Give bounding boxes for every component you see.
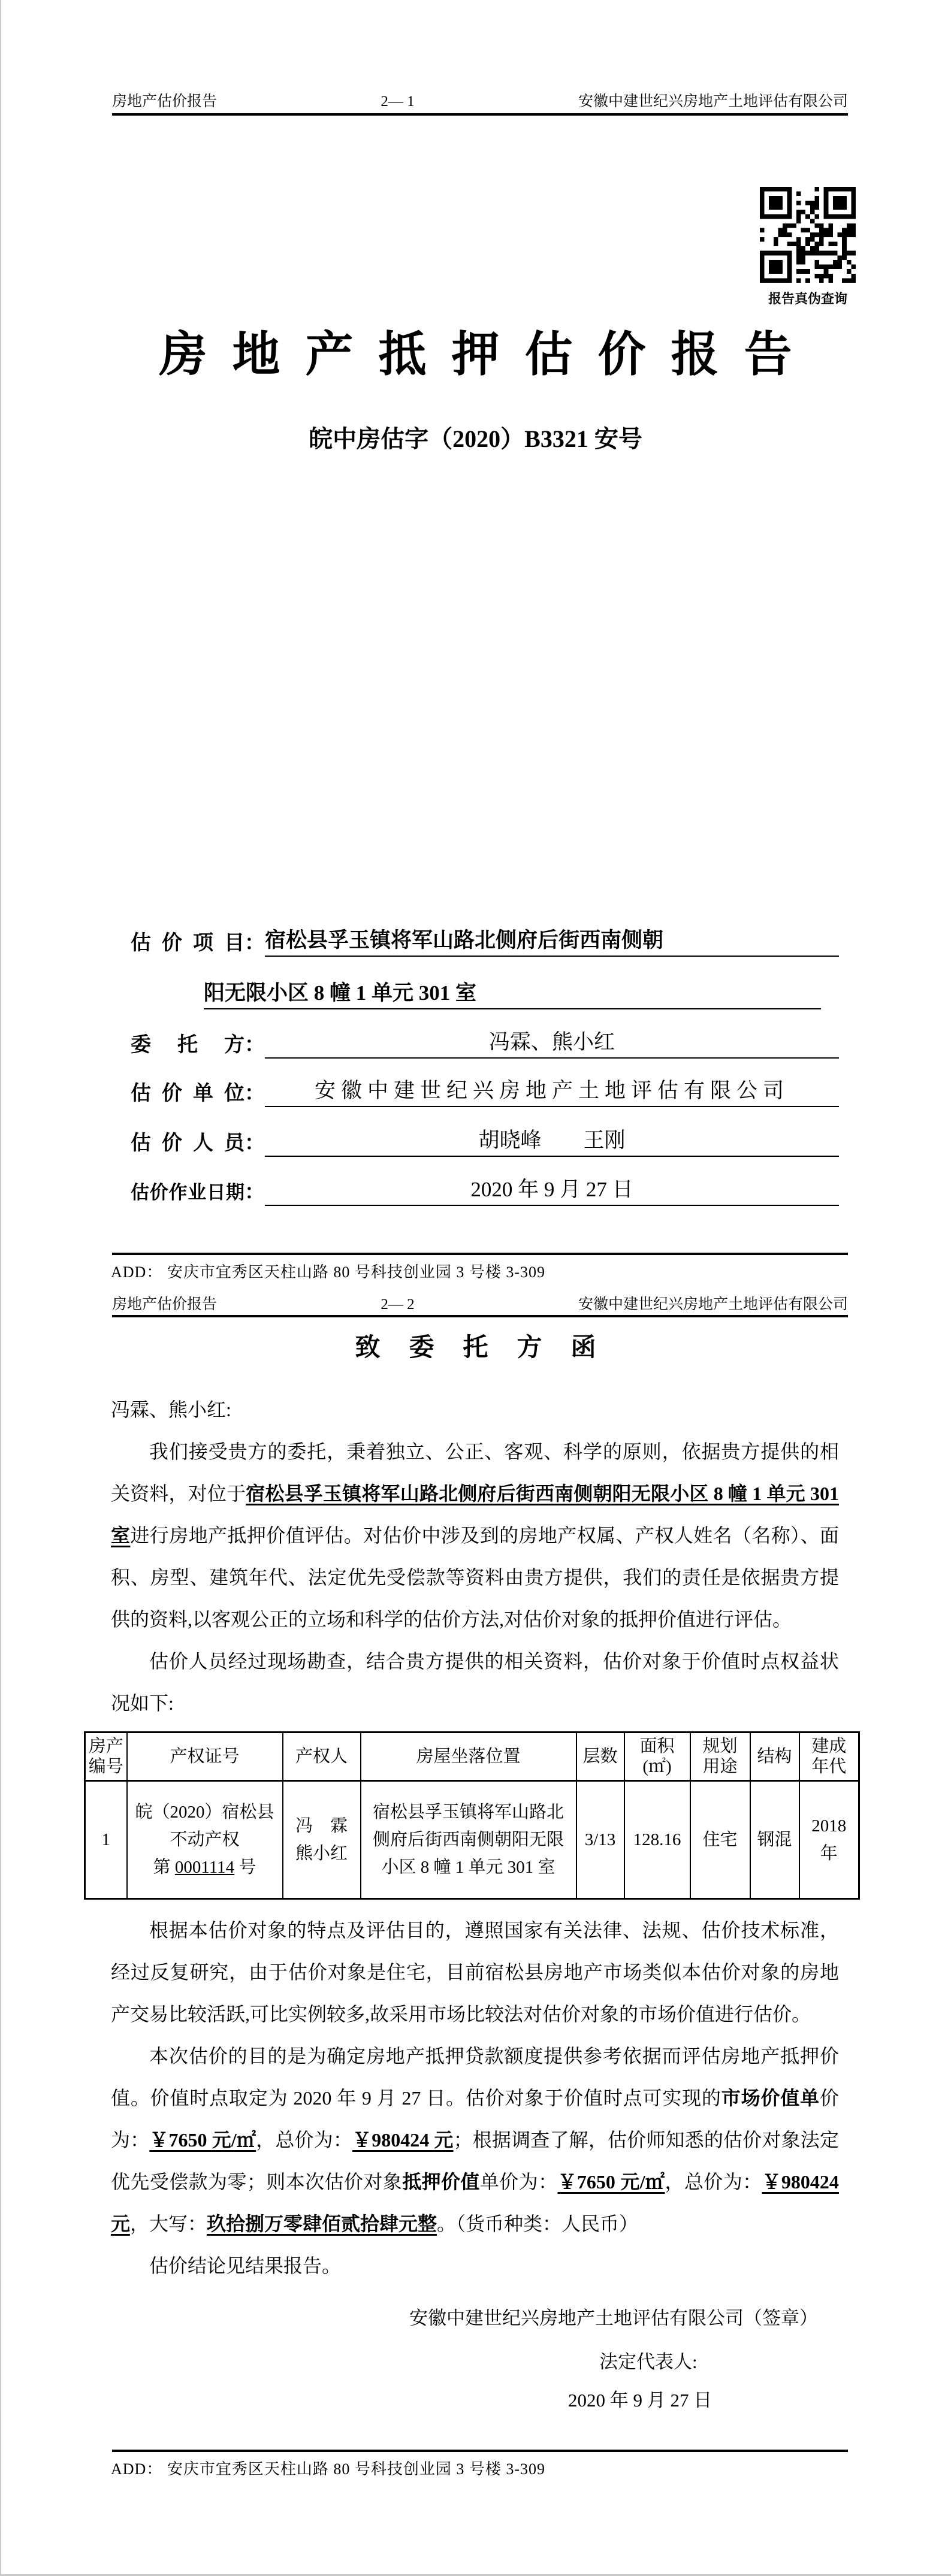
field-row-appraisers: 估价人员： 胡晓峰 王刚: [131, 1129, 839, 1157]
col-header-planned-use: 规划用途: [690, 1733, 750, 1781]
cell-planned-use: 住宅: [690, 1781, 750, 1899]
field-value-appraisal-firm: 安徽中建世纪兴房地产土地评估有限公司: [265, 1079, 839, 1107]
col-header-certificate-no: 产权证号: [127, 1733, 283, 1781]
page-left-edge: [0, 0, 1, 2576]
letter-body: 冯霖、熊小红: 我们接受贵方的委托，秉着独立、公正、客观、科学的原则，依据贵方提…: [84, 1389, 858, 2287]
field-colon: ：: [244, 930, 265, 957]
field-colon: ：: [244, 1180, 265, 1206]
letter-paragraph-3: 根据本估价对象的特点及评估目的，遵照国家有关法律、法规、估价技术标准，经过反复研…: [84, 1909, 858, 2035]
page2-footer-rule: [112, 2450, 848, 2452]
qr-code: [760, 187, 856, 283]
cell-floor: 3/13: [576, 1781, 624, 1899]
report-document: { "page1": { "header": { "left": "房地产估价报…: [0, 0, 951, 2576]
page1-header-page-number: 2— 1: [381, 93, 414, 111]
cell-location: 宿松县孚玉镇将军山路北侧府后街西南侧朝阳无限小区 8 幢 1 单元 301 室: [361, 1781, 576, 1899]
field-label-client: 委托方: [131, 1032, 244, 1059]
col-header-property-no: 房产编号: [85, 1733, 127, 1781]
page2-header-page-number: 2— 2: [381, 1296, 414, 1314]
field-value-project-line1: 宿松县孚玉镇将军山路北侧府后街西南侧朝: [265, 929, 839, 957]
table-header-row: 房产编号 产权证号 产权人 房屋坐落位置 层数 面积(㎡) 规划用途 结构 建成…: [85, 1733, 859, 1781]
signature-company: 安徽中建世纪兴房地产土地评估有限公司（签章）: [409, 2307, 818, 2330]
field-row-appraisal-date: 估价作业日期： 2020 年 9 月 27 日: [131, 1178, 839, 1206]
property-rights-table: 房产编号 产权证号 产权人 房屋坐落位置 层数 面积(㎡) 规划用途 结构 建成…: [84, 1731, 860, 1900]
col-header-structure: 结构: [750, 1733, 799, 1781]
field-row-project: 估价项目： 宿松县孚玉镇将军山路北侧府后街西南侧朝: [131, 929, 839, 957]
signature-legal-representative: 法定代表人:: [599, 2351, 698, 2374]
page1-header-rule: [112, 113, 848, 116]
table-row: 1 皖（2020）宿松县不动产权第 0001114 号 冯 霖熊小红 宿松县孚玉…: [85, 1781, 859, 1899]
field-label-appraisal-firm: 估价单位: [131, 1081, 244, 1107]
field-row-appraisal-firm: 估价单位： 安徽中建世纪兴房地产土地评估有限公司: [131, 1079, 839, 1107]
page1-header-company: 安徽中建世纪兴房地产土地评估有限公司: [578, 93, 848, 111]
cell-structure: 钢混: [750, 1781, 799, 1899]
field-colon: ：: [244, 1032, 265, 1059]
page2-header-company: 安徽中建世纪兴房地产土地评估有限公司: [578, 1296, 848, 1314]
cell-certificate-no: 皖（2020）宿松县不动产权第 0001114 号: [127, 1781, 283, 1899]
page1-footer-rule: [112, 1253, 848, 1255]
field-value-client: 冯霖、熊小红: [265, 1030, 839, 1059]
col-header-floor: 层数: [576, 1733, 624, 1781]
page1-footer-address: ADD： 安庆市宜秀区天柱山路 80 号科技创业园 3 号楼 3-309: [111, 1263, 854, 1282]
report-title: 房地产抵押估价报告: [0, 316, 951, 385]
cell-owner: 冯 霖熊小红: [283, 1781, 361, 1899]
page2-footer-address: ADD： 安庆市宜秀区天柱山路 80 号科技创业园 3 号楼 3-309: [111, 2460, 854, 2479]
field-value-appraisal-date: 2020 年 9 月 27 日: [265, 1178, 839, 1206]
col-header-location: 房屋坐落位置: [361, 1733, 576, 1781]
field-label-appraisal-date: 估价作业日期: [131, 1180, 244, 1206]
page1-header: 房地产估价报告 2— 1 安徽中建世纪兴房地产土地评估有限公司: [112, 93, 848, 111]
letter-paragraph-5: 估价结论见结果报告。: [84, 2245, 858, 2287]
col-header-owner: 产权人: [283, 1733, 361, 1781]
col-header-year-built: 建成年代: [799, 1733, 859, 1781]
field-value-project-line2: 阳无限小区 8 幢 1 单元 301 室: [204, 981, 821, 1009]
field-label-appraisers: 估价人员: [131, 1130, 244, 1157]
signature-date: 2020 年 9 月 27 日: [568, 2389, 712, 2412]
page2-header-title: 房地产估价报告: [112, 1296, 217, 1314]
field-value-appraisers: 胡晓峰 王刚: [265, 1129, 839, 1157]
letter-paragraph-4: 本次估价的目的是为确定房地产抵押贷款额度提供参考依据而评估房地产抵押价值。价值时…: [84, 2035, 858, 2245]
page1-header-title: 房地产估价报告: [112, 93, 217, 111]
field-colon: ：: [244, 1081, 265, 1107]
letter-salutation: 冯霖、熊小红:: [84, 1389, 858, 1431]
cell-property-no: 1: [85, 1781, 127, 1899]
field-row-client: 委托方： 冯霖、熊小红: [131, 1030, 839, 1059]
letter-paragraph-1: 我们接受贵方的委托，秉着独立、公正、客观、科学的原则，依据贵方提供的相关资料，对…: [84, 1431, 858, 1640]
field-colon: ：: [244, 1130, 265, 1157]
report-doc-number: 皖中房估字（2020）B3321 安号: [0, 420, 951, 454]
page2-header: 房地产估价报告 2— 2 安徽中建世纪兴房地产土地评估有限公司: [112, 1296, 848, 1314]
cell-area: 128.16: [624, 1781, 690, 1899]
letter-paragraph-2: 估价人员经过现场勘查，结合贵方提供的相关资料，估价对象于价值时点权益状况如下:: [84, 1640, 858, 1724]
page2-header-rule: [112, 1315, 848, 1317]
col-header-area: 面积(㎡): [624, 1733, 690, 1781]
qr-code-label: 报告真伪查询: [754, 289, 862, 307]
letter-title: 致委托方函: [0, 1328, 951, 1363]
field-label-project: 估价项目: [131, 930, 244, 957]
cell-year-built: 2018 年: [799, 1781, 859, 1899]
